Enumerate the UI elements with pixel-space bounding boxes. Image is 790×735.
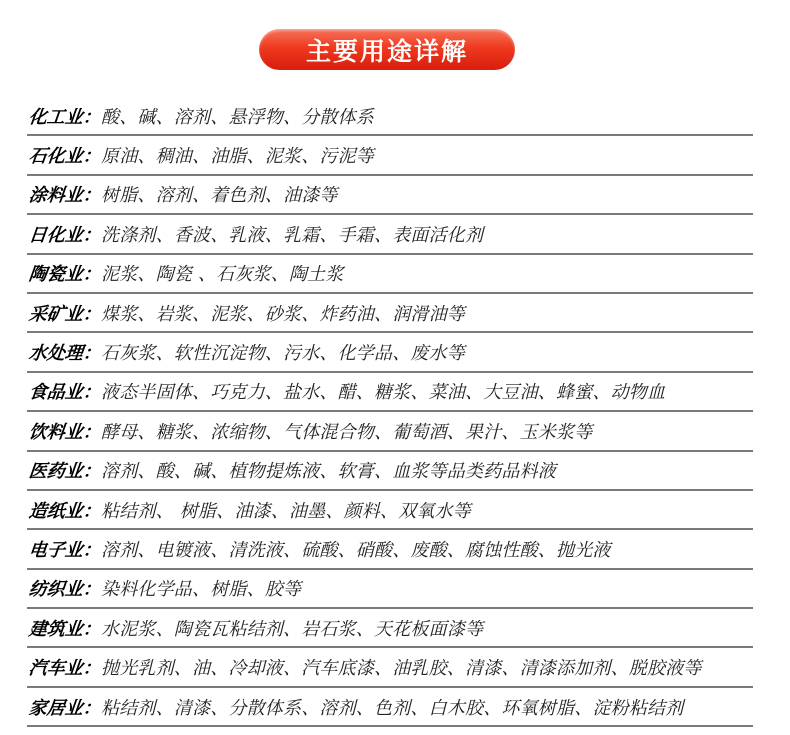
industry-label: 饮料业：	[28, 418, 103, 444]
industry-uses: 树脂、溶剂、着色剂、油漆等	[101, 181, 338, 207]
industry-label: 水处理：	[28, 339, 103, 365]
industry-uses: 酸、碱、溶剂、悬浮物、分散体系	[101, 103, 374, 129]
industry-uses: 抛光乳剂、油、冷却液、汽车底漆、油乳胶、清漆、清漆添加剂、脱胶液等	[101, 654, 702, 680]
list-item-automotive: 汽车业：抛光乳剂、油、冷却液、汽车底漆、油乳胶、清漆、清漆添加剂、脱胶液等	[27, 648, 753, 687]
industry-uses: 粘结剂、 树脂、油漆、油墨、颜料、双氧水等	[101, 497, 471, 523]
section-title-banner: 主要用途详解	[259, 29, 515, 70]
list-item-mining: 采矿业：煤浆、岩浆、泥浆、砂浆、炸药油、润滑油等	[27, 294, 753, 333]
list-item-water-treatment: 水处理：石灰浆、软性沉淀物、污水、化学品、废水等	[27, 333, 753, 372]
list-item-petrochemical: 石化业：原油、稠油、油脂、泥浆、污泥等	[27, 136, 753, 175]
list-item-beverage: 饮料业：酵母、糖浆、浓缩物、气体混合物、葡萄酒、果汁、玉米浆等	[27, 412, 753, 451]
industry-label: 石化业：	[28, 142, 103, 168]
industry-label: 建筑业：	[28, 615, 103, 641]
industry-label: 造纸业：	[28, 497, 103, 523]
list-item-ceramics: 陶瓷业：泥浆、陶瓷 、石灰浆、陶土浆	[27, 255, 753, 294]
industry-label: 涂料业：	[28, 181, 103, 207]
list-item-food: 食品业：液态半固体、巧克力、盐水、醋、糖浆、菜油、大豆油、蜂蜜、动物血	[27, 373, 753, 412]
industry-label: 陶瓷业：	[28, 260, 103, 286]
industry-uses: 酵母、糖浆、浓缩物、气体混合物、葡萄酒、果汁、玉米浆等	[101, 418, 592, 444]
industry-uses: 水泥浆、陶瓷瓦粘结剂、岩石浆、天花板面漆等	[101, 615, 483, 641]
industry-label: 纺织业：	[28, 575, 103, 601]
applications-list: 化工业：酸、碱、溶剂、悬浮物、分散体系 石化业：原油、稠油、油脂、泥浆、污泥等 …	[27, 97, 753, 727]
industry-label: 家居业：	[28, 694, 103, 720]
industry-label: 采矿业：	[28, 300, 103, 326]
industry-label: 医药业：	[28, 457, 103, 483]
industry-label: 化工业：	[28, 103, 103, 129]
list-item-pharma: 医药业：溶剂、酸、碱、植物提炼液、软膏、血浆等品类药品料液	[27, 452, 753, 491]
section-title: 主要用途详解	[306, 32, 468, 68]
industry-label: 汽车业：	[28, 654, 103, 680]
list-item-coatings: 涂料业：树脂、溶剂、着色剂、油漆等	[27, 176, 753, 215]
industry-label: 日化业：	[28, 221, 103, 247]
industry-label: 食品业：	[28, 378, 103, 404]
industry-uses: 粘结剂、清漆、分散体系、溶剂、色剂、白木胶、环氧树脂、淀粉粘结剂	[101, 694, 683, 720]
industry-uses: 染料化学品、树脂、胶等	[101, 575, 301, 601]
list-item-chemical: 化工业：酸、碱、溶剂、悬浮物、分散体系	[27, 97, 753, 136]
list-item-paper: 造纸业：粘结剂、 树脂、油漆、油墨、颜料、双氧水等	[27, 491, 753, 530]
industry-uses: 液态半固体、巧克力、盐水、醋、糖浆、菜油、大豆油、蜂蜜、动物血	[101, 378, 665, 404]
industry-uses: 溶剂、酸、碱、植物提炼液、软膏、血浆等品类药品料液	[101, 457, 556, 483]
industry-uses: 洗涤剂、香波、乳液、乳霜、手霜、表面活化剂	[101, 221, 483, 247]
list-item-construction: 建筑业：水泥浆、陶瓷瓦粘结剂、岩石浆、天花板面漆等	[27, 609, 753, 648]
industry-uses: 溶剂、电镀液、清洗液、硫酸、硝酸、废酸、腐蚀性酸、抛光液	[101, 536, 611, 562]
industry-uses: 原油、稠油、油脂、泥浆、污泥等	[101, 142, 374, 168]
list-item-textile: 纺织业：染料化学品、树脂、胶等	[27, 570, 753, 609]
list-item-home-furnishing: 家居业：粘结剂、清漆、分散体系、溶剂、色剂、白木胶、环氧树脂、淀粉粘结剂	[27, 688, 753, 727]
industry-label: 电子业：	[28, 536, 103, 562]
list-item-daily-chemical: 日化业：洗涤剂、香波、乳液、乳霜、手霜、表面活化剂	[27, 215, 753, 254]
industry-uses: 石灰浆、软性沉淀物、污水、化学品、废水等	[101, 339, 465, 365]
industry-uses: 泥浆、陶瓷 、石灰浆、陶土浆	[101, 260, 344, 286]
industry-uses: 煤浆、岩浆、泥浆、砂浆、炸药油、润滑油等	[101, 300, 465, 326]
list-item-electronics: 电子业：溶剂、电镀液、清洗液、硫酸、硝酸、废酸、腐蚀性酸、抛光液	[27, 530, 753, 569]
